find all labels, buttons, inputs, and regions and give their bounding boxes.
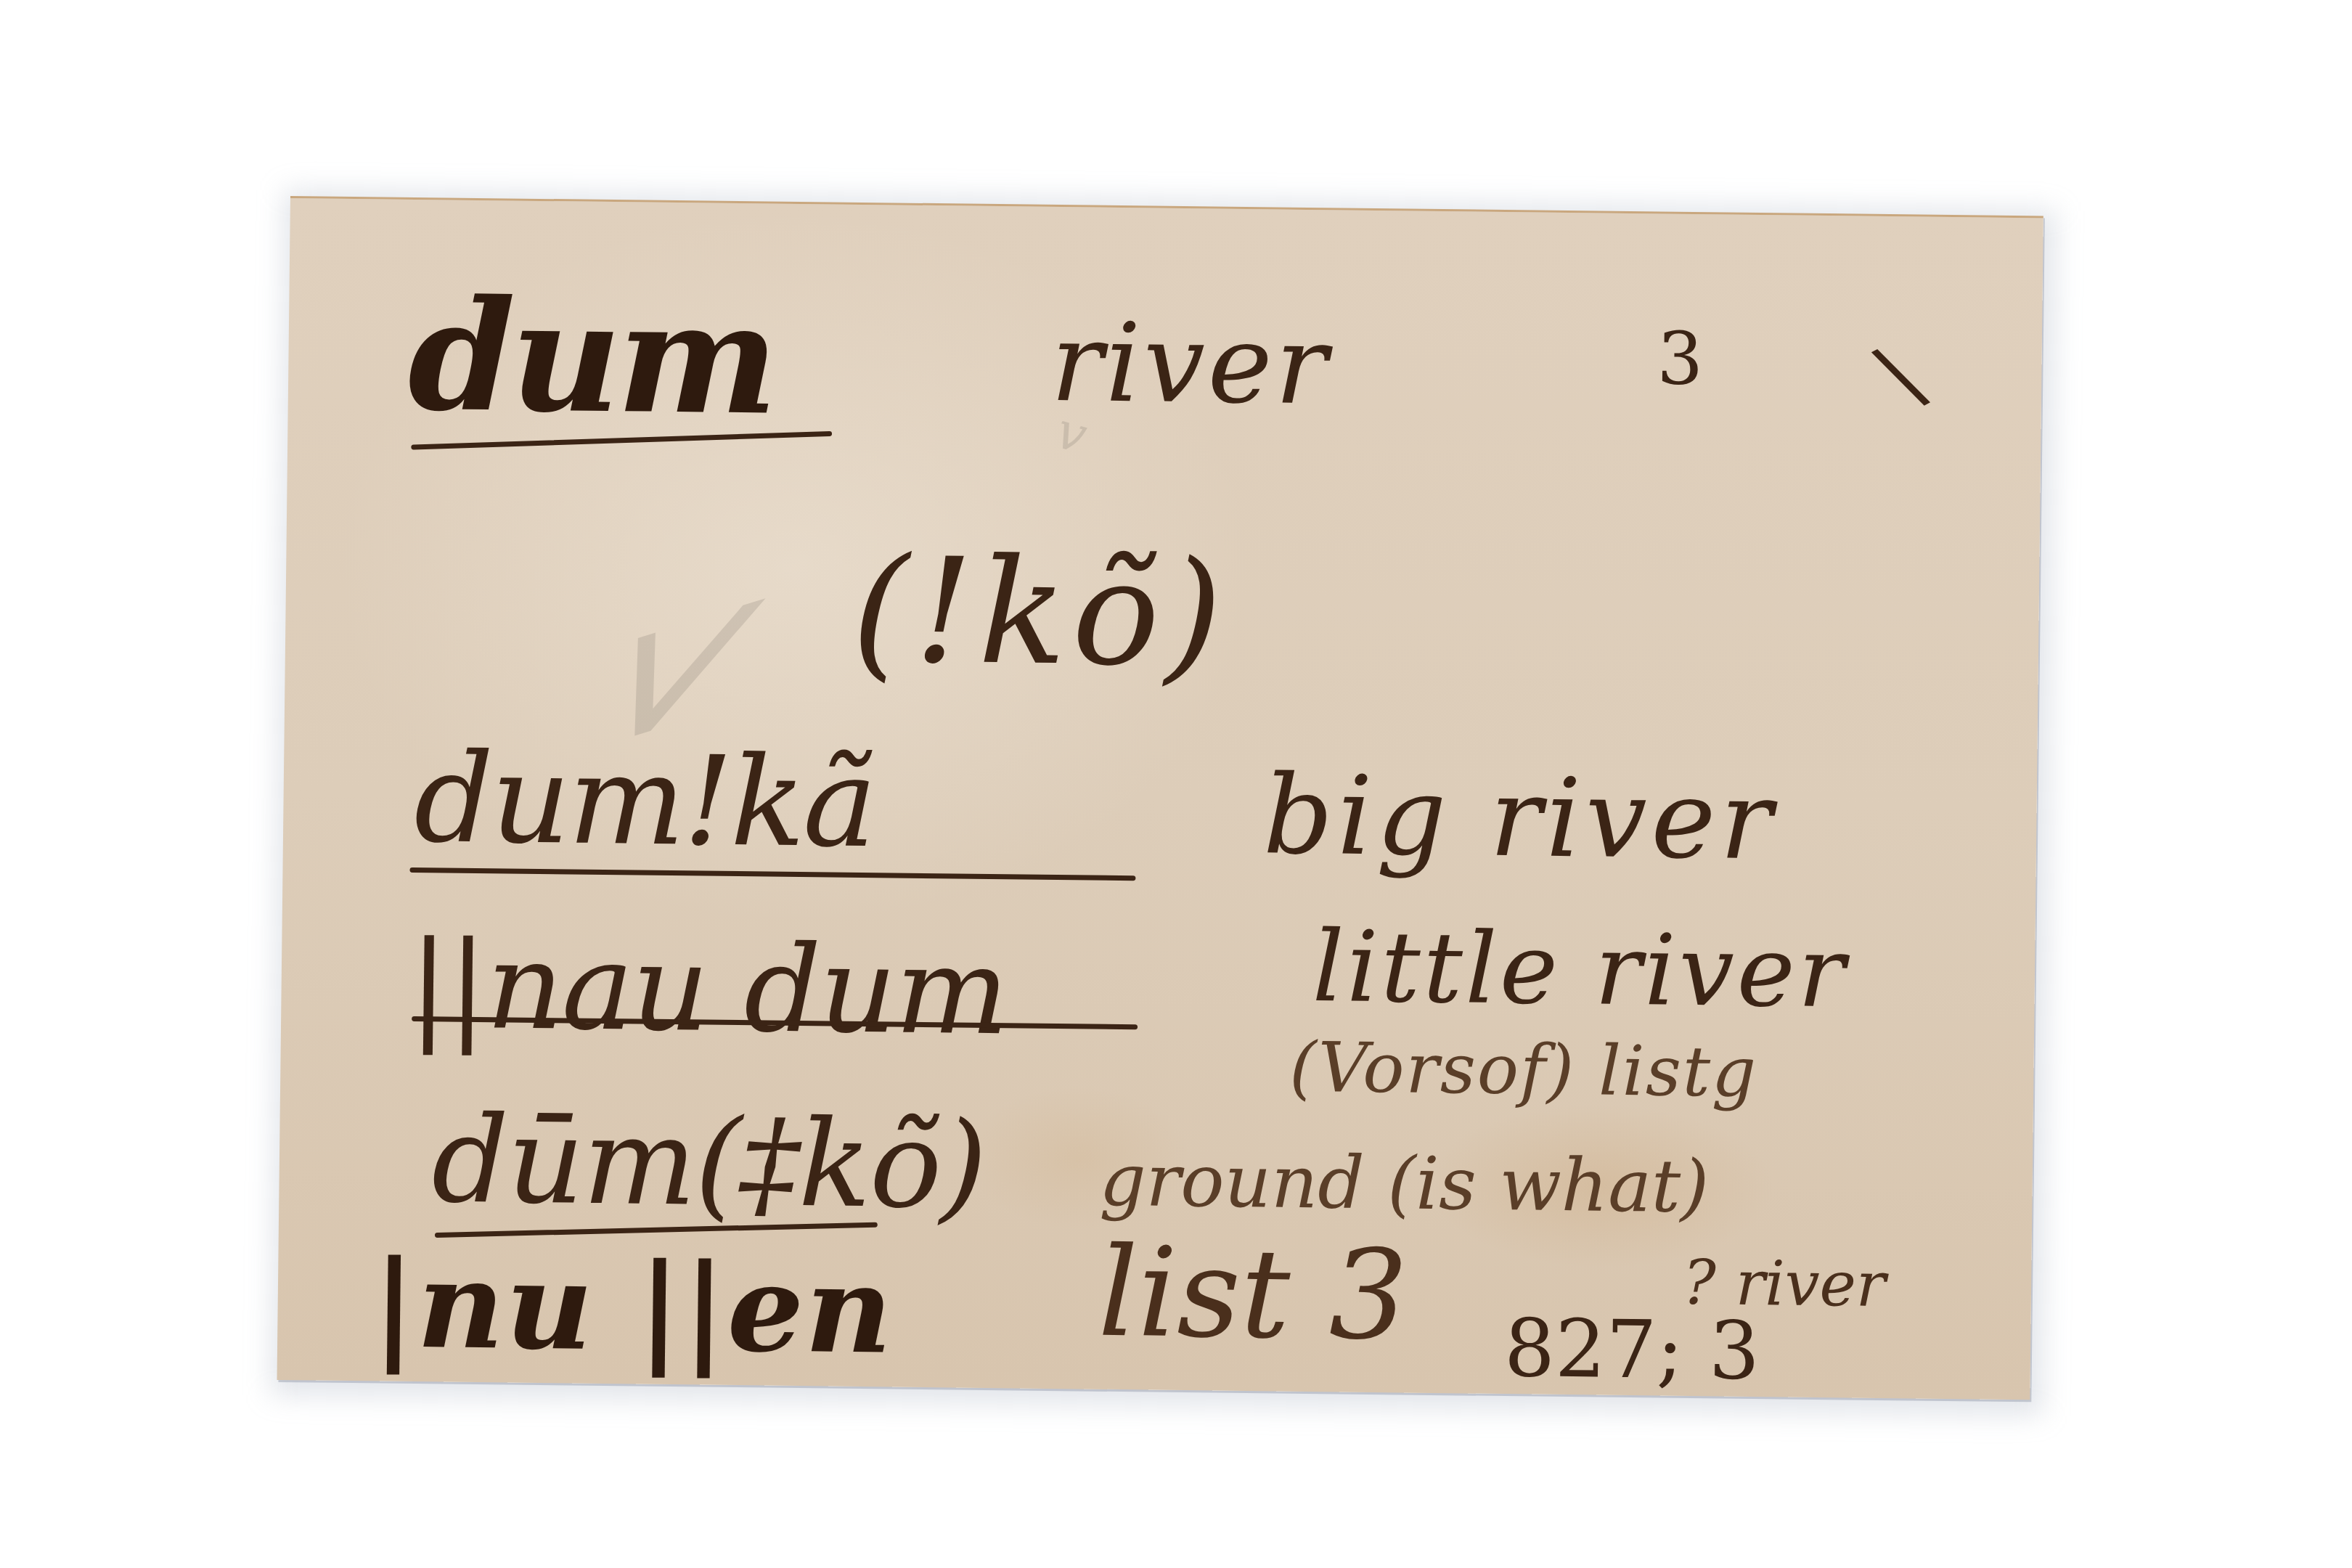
compound-gloss: big river: [1263, 761, 1777, 875]
headword-gloss: river: [1050, 309, 1331, 420]
list-reference: list 3: [1098, 1231, 1408, 1358]
compound-gloss: little river: [1312, 918, 1848, 1021]
compound-word: ||nau dum: [408, 926, 1008, 1052]
compound-word: dūm(‡kõ): [431, 1100, 987, 1226]
variant-form: (!kõ): [851, 539, 1228, 688]
catalog-number: 827; 3: [1503, 1308, 1760, 1391]
compound-word: dum!kã: [414, 737, 875, 865]
compound-word: |nu ||en: [372, 1244, 894, 1370]
compound-note: (Vorsof) listg: [1289, 1034, 1757, 1108]
compound-gloss: ground (is what): [1099, 1144, 1710, 1224]
headword-reference: 3: [1657, 322, 1704, 396]
vocabulary-card: v ⩗ dum river 3 \ (!kõ) dum!kã big river…: [277, 196, 2043, 1400]
tick-mark: \: [1867, 331, 1933, 422]
headword: dum: [407, 279, 775, 436]
